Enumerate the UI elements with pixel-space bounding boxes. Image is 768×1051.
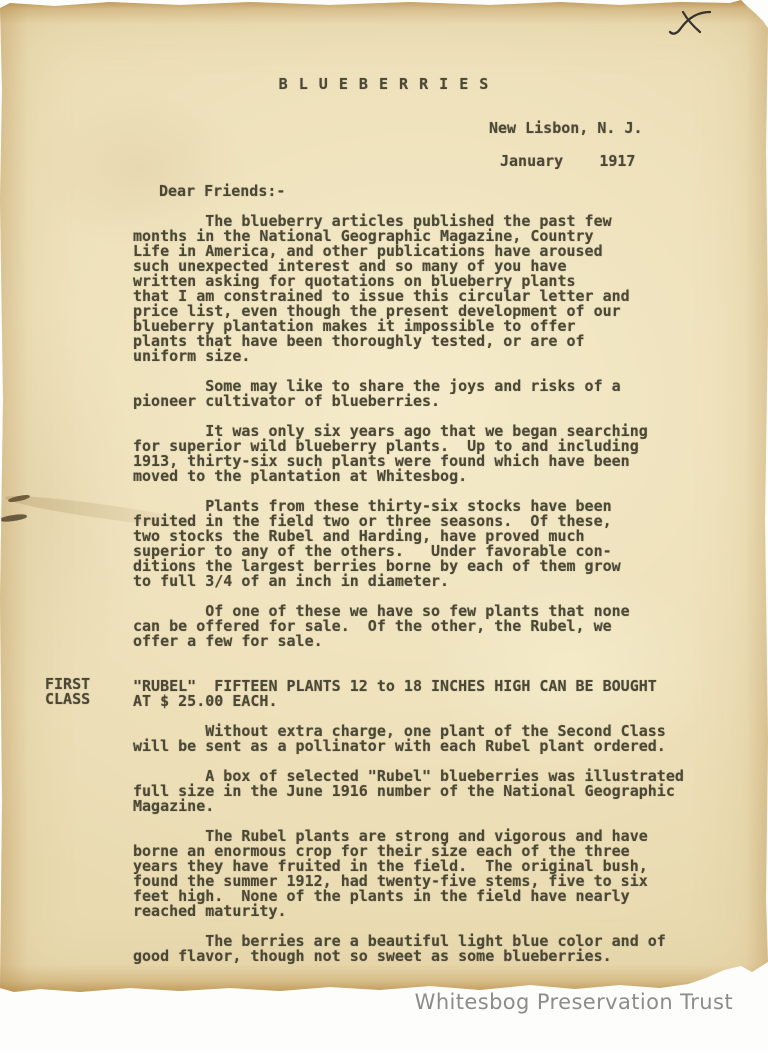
paragraph: It was only six years ago that we began … (133, 424, 693, 484)
letter-page: B L U E B E R R I E S New Lisbon, N. J. … (0, 0, 768, 993)
paragraph: Some may like to share the joys and risk… (133, 379, 693, 409)
first-class-section: FIRST CLASS "RUBEL" FIFTEEN PLANTS 12 to… (133, 679, 693, 709)
letter-body: Dear Friends:- The blueberry articles pu… (133, 184, 693, 964)
letter-date-line: January 1917 (500, 154, 635, 169)
paragraph: Without extra charge, one plant of the S… (133, 724, 693, 754)
paragraph: A box of selected "Rubel" blueberries wa… (133, 769, 693, 814)
first-class-margin-label: FIRST CLASS (45, 677, 90, 707)
handwritten-x-icon (666, 6, 714, 42)
paragraph: Plants from these thirty-six stocks have… (133, 499, 693, 589)
first-class-offer-text: "RUBEL" FIFTEEN PLANTS 12 to 18 INCHES H… (133, 679, 693, 709)
paragraph: The blueberry articles published the pas… (133, 214, 693, 364)
salutation: Dear Friends:- (159, 184, 693, 199)
letter-title: B L U E B E R R I E S (0, 77, 768, 92)
paragraph: Of one of these we have so few plants th… (133, 604, 693, 649)
ink-speck (0, 513, 27, 523)
paragraph: The berries are a beautiful light blue c… (133, 934, 693, 964)
watermark: Whitesbog Preservation Trust (415, 990, 733, 1014)
paragraph: The Rubel plants are strong and vigorous… (133, 829, 693, 919)
letter-place-line: New Lisbon, N. J. (489, 121, 643, 136)
